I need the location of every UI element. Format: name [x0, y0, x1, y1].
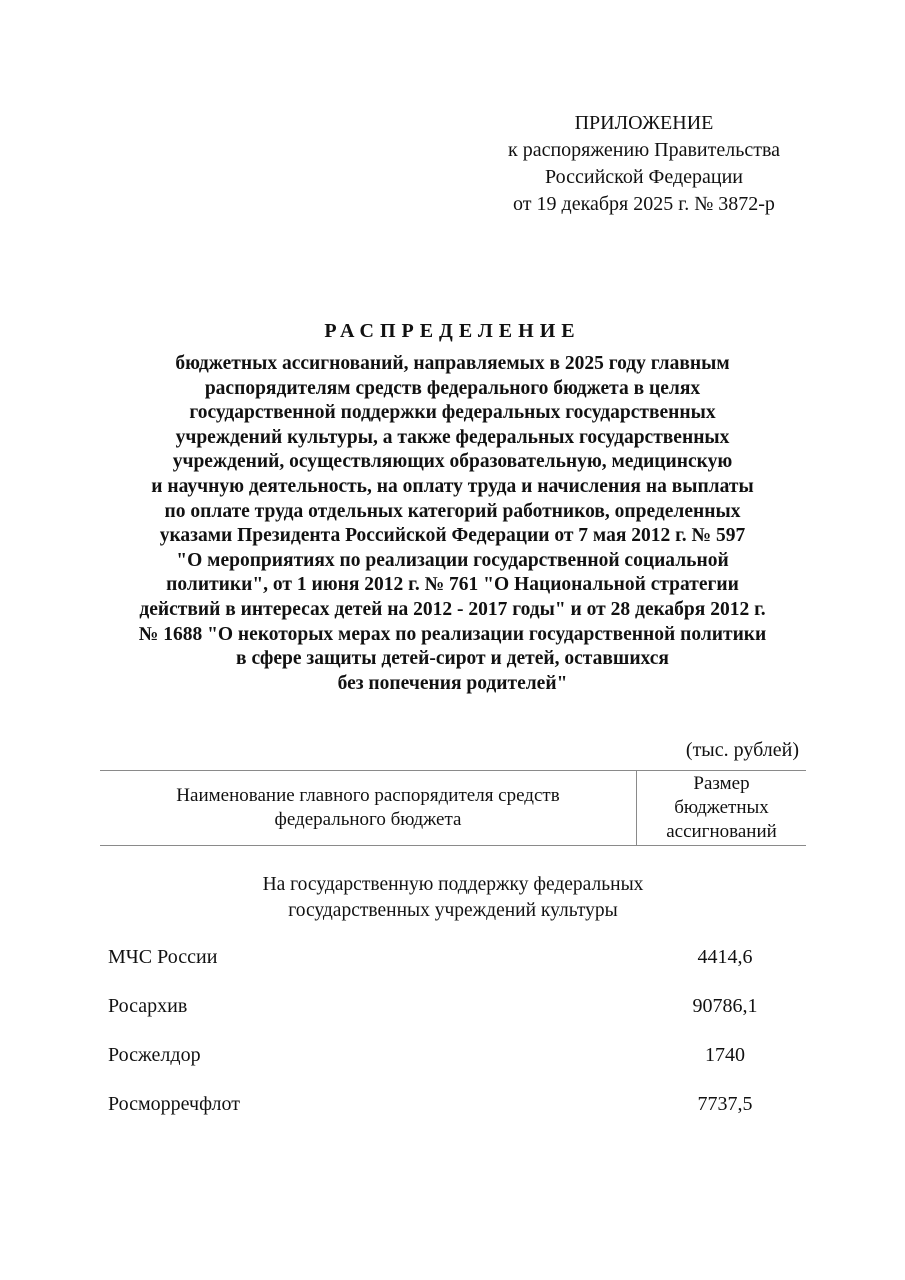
- row-amount: 90786,1: [644, 993, 806, 1019]
- subtitle-line: действий в интересах детей на 2012 - 201…: [80, 598, 825, 623]
- subtitle-line: "О мероприятиях по реализации государств…: [80, 549, 825, 574]
- section-title: На государственную поддержку федеральных…: [100, 872, 806, 924]
- table-row: Росморречфлот 7737,5: [100, 1091, 806, 1140]
- subtitle-line: указами Президента Российской Федерации …: [80, 524, 825, 549]
- row-name: Росжелдор: [100, 1042, 644, 1068]
- subtitle-line: и научную деятельность, на оплату труда …: [80, 475, 825, 500]
- subtitle-line: учреждений культуры, а также федеральных…: [80, 426, 825, 451]
- allocation-table: Наименование главного распорядителя сред…: [100, 770, 806, 1140]
- appendix-heading: ПРИЛОЖЕНИЕ: [470, 110, 818, 137]
- subtitle-line: бюджетных ассигнований, направляемых в 2…: [80, 352, 825, 377]
- document-subtitle: бюджетных ассигнований, направляемых в 2…: [80, 352, 825, 696]
- appendix-line: к распоряжению Правительства: [470, 137, 818, 164]
- row-amount: 1740: [644, 1042, 806, 1068]
- subtitle-line: распорядителям средств федерального бюдж…: [80, 377, 825, 402]
- header-name-column: Наименование главного распорядителя сред…: [100, 771, 637, 845]
- row-amount: 7737,5: [644, 1091, 806, 1117]
- table-row: Росжелдор 1740: [100, 1042, 806, 1091]
- table-row: Росархив 90786,1: [100, 993, 806, 1042]
- subtitle-line: по оплате труда отдельных категорий рабо…: [80, 500, 825, 525]
- document-title: РАСПРЕДЕЛЕНИЕ: [0, 318, 905, 344]
- header-amount-line: ассигнований: [666, 820, 777, 844]
- appendix-date-number: от 19 декабря 2025 г. № 3872-р: [470, 191, 818, 218]
- units-label: (тыс. рублей): [686, 737, 799, 763]
- header-amount-line: Размер: [666, 772, 777, 796]
- subtitle-line: в сфере защиты детей-сирот и детей, оста…: [80, 647, 825, 672]
- header-amount-line: бюджетных: [666, 796, 777, 820]
- table-body: МЧС России 4414,6 Росархив 90786,1 Росже…: [100, 944, 806, 1140]
- section-title-line: государственных учреждений культуры: [100, 898, 806, 924]
- row-name: МЧС России: [100, 944, 644, 970]
- header-name-line: федерального бюджета: [176, 808, 559, 832]
- table-row: МЧС России 4414,6: [100, 944, 806, 993]
- row-amount: 4414,6: [644, 944, 806, 970]
- section-title-line: На государственную поддержку федеральных: [100, 872, 806, 898]
- subtitle-line: № 1688 "О некоторых мерах по реализации …: [80, 623, 825, 648]
- appendix-block: ПРИЛОЖЕНИЕ к распоряжению Правительства …: [470, 110, 818, 218]
- subtitle-line: без попечения родителей": [80, 672, 825, 697]
- row-name: Росархив: [100, 993, 644, 1019]
- row-name: Росморречфлот: [100, 1091, 644, 1117]
- appendix-line: Российской Федерации: [470, 164, 818, 191]
- subtitle-line: учреждений, осуществляющих образовательн…: [80, 450, 825, 475]
- subtitle-line: политики", от 1 июня 2012 г. № 761 "О На…: [80, 573, 825, 598]
- header-amount-column: Размер бюджетных ассигнований: [637, 771, 806, 845]
- table-header: Наименование главного распорядителя сред…: [100, 770, 806, 846]
- header-name-line: Наименование главного распорядителя сред…: [176, 784, 559, 808]
- subtitle-line: государственной поддержки федеральных го…: [80, 401, 825, 426]
